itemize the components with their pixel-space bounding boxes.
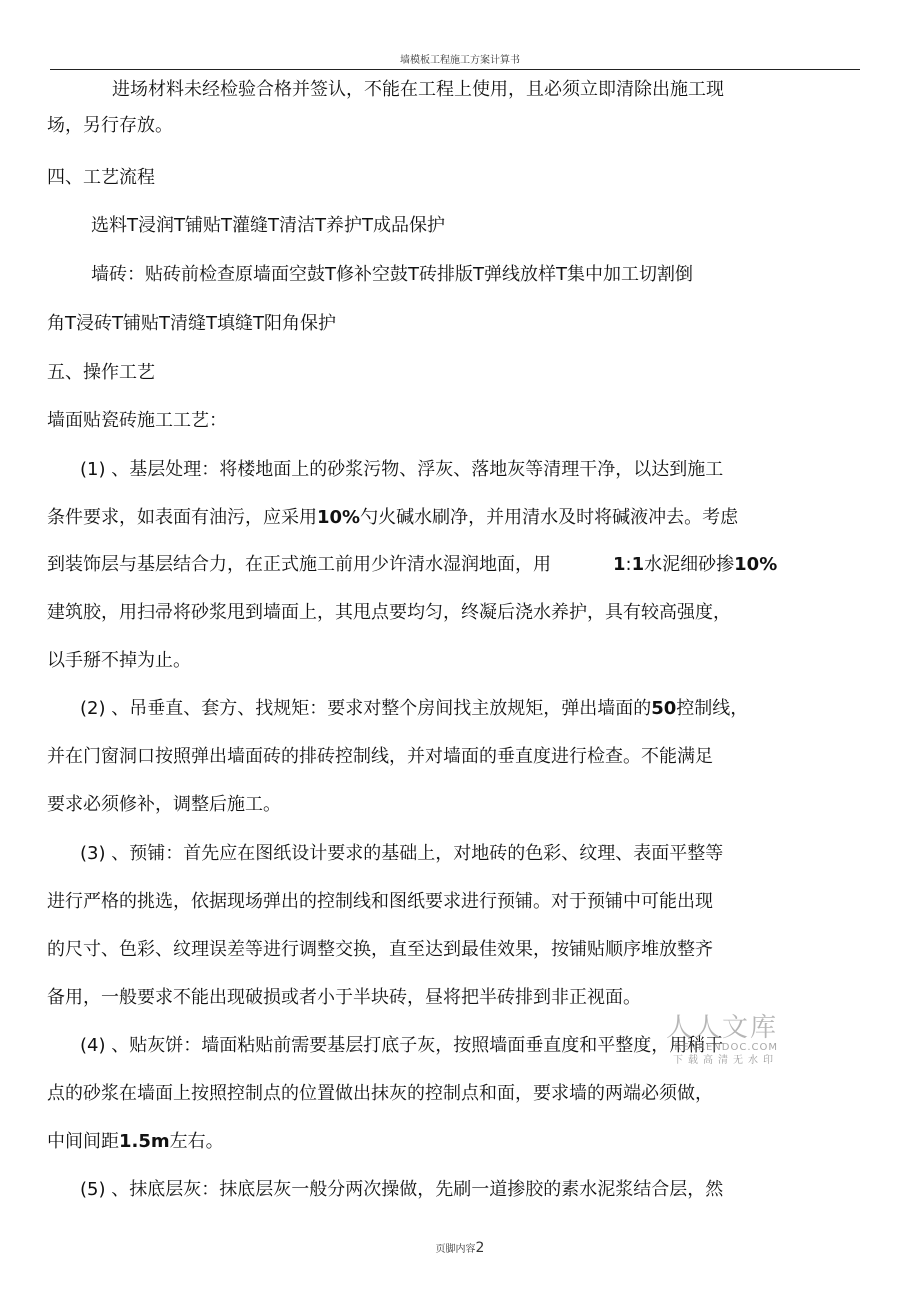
process-flow-line: 角T浸砖T铺贴T清缝T填缝T阳角保护 [47,312,336,336]
text-run: 水泥细砂掺 [644,554,734,575]
bold-value: 10% [734,554,777,575]
paragraph-line: 中间间距1.5m左右。 [47,1130,224,1154]
section-heading: 四、工艺流程 [47,166,155,190]
process-flow-line: 选料T浸润T铺贴T灌缝T清洁T养护T成品保护 [91,214,445,238]
paragraph-line: 条件要求，如表面有油污，应采用10%勺火碱水刷净，并用清水及时将碱液冲去。考虑 [47,506,738,530]
paragraph-line: 备用，一般要求不能出现破损或者小于半块砖，昼将把半砖排到非正视面。 [47,986,641,1010]
subsection-heading: 墙面贴瓷砖施工工艺： [47,409,227,433]
footer-label: 页脚内容 [436,1244,476,1255]
bold-value: 1 [632,554,645,575]
paragraph-line: 建筑胶，用扫帚将砂浆甩到墙面上，其甩点要均匀，终凝后浇水养护，具有较高强度， [47,601,731,625]
paragraph-line: (4) 、贴灰饼：墙面粘贴前需要基层打底子灰，按照墙面垂直度和平整度，用稍干 [80,1034,723,1058]
header-divider [50,69,860,70]
paragraph-line: 点的砂浆在墙面上按照控制点的位置做出抹灰的控制点和面，要求墙的两端必须做， [47,1082,713,1106]
text-run: 条件要求，如表面有油污，应采用 [47,507,317,528]
paragraph-line: (1) 、基层处理：将楼地面上的砂浆污物、浮灰、落地灰等清理干净，以达到施工 [80,458,723,482]
text-run: 左右。 [170,1131,224,1152]
text-run: 勺火碱水刷净，并用清水及时将碱液冲去。考虑 [360,507,738,528]
paragraph-line: (2) 、吊垂直、套方、找规矩：要求对整个房间找主放规矩，弹出墙面的50控制线， [80,697,748,721]
paragraph-line: 要求必须修补，调整后施工。 [47,793,281,817]
paragraph-line: (5) 、抹底层灰：抹底层灰一般分两次操做，先刷一道掺胶的素水泥浆结合层，然 [80,1178,723,1202]
text-run: (2) 、吊垂直、套方、找规矩：要求对整个房间找主放规矩，弹出墙面的 [80,698,651,719]
paragraph-line: 到装饰层与基层结合力，在正式施工前用少许清水湿润地面，用1:1水泥细砂掺10% [47,553,777,577]
bold-value: 10% [317,507,360,528]
bold-value: 1 [613,554,626,575]
paragraph-line: 进场材料未经检验合格并签认，不能在工程上使用，且必须立即清除出施工现 [112,78,724,102]
paragraph-line: (3) 、预铺：首先应在图纸设计要求的基础上，对地砖的色彩、纹理、表面平整等 [80,842,723,866]
header-title: 墙模板工程施工方案计算书 [400,55,520,66]
paragraph-line: 并在门窗洞口按照弹出墙面砖的排砖控制线，并对墙面的垂直度进行检查。不能满足 [47,745,713,769]
section-heading: 五、操作工艺 [47,361,155,385]
paragraph-line: 以手掰不掉为止。 [47,649,191,673]
paragraph-line: 进行严格的挑选，依据现场弹出的控制线和图纸要求进行预铺。对于预铺中可能出现 [47,890,713,914]
page-header: 墙模板工程施工方案计算书 [0,55,920,67]
bold-value: 1.5m [119,1131,170,1152]
text-run: 中间间距 [47,1131,119,1152]
process-flow-line: 墙砖：贴砖前检查原墙面空鼓T修补空鼓T砖排版T弹线放样T集中加工切割倒 [91,263,693,287]
text-run: 控制线， [676,698,748,719]
page-footer: 页脚内容2 [0,1240,920,1256]
page-number: 2 [476,1240,485,1256]
text-run: 到装饰层与基层结合力，在正式施工前用少许清水湿润地面，用 [47,554,551,575]
bold-value: 50 [651,698,676,719]
paragraph-line: 的尺寸、色彩、纹理误差等进行调整交换，直至达到最佳效果，按铺贴顺序堆放整齐 [47,938,713,962]
paragraph-line: 场，另行存放。 [47,114,173,138]
